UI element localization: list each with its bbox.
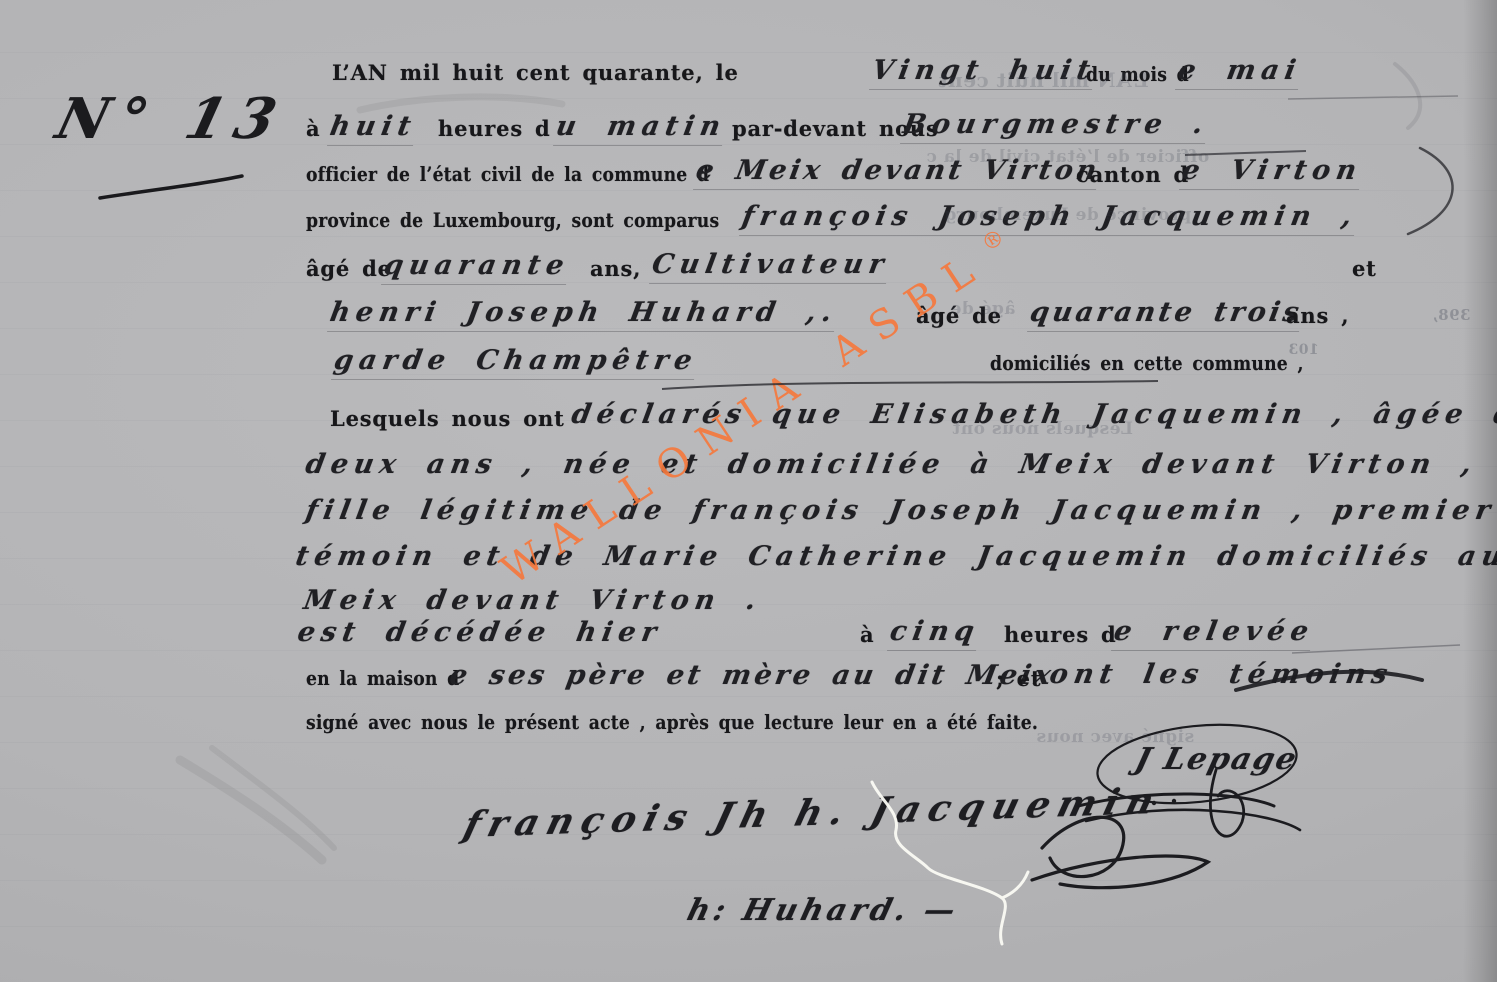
- blank-rule: [662, 381, 1158, 389]
- printed-form-text: signé avec nous le présent acte , après …: [306, 710, 1038, 734]
- smudge: [180, 760, 322, 860]
- printed-form-text: et: [1352, 256, 1377, 281]
- printed-form-text: ans,: [590, 256, 641, 281]
- official-signature: J Lepage: [1132, 742, 1302, 777]
- death-date-handwritten: est décédée hier: [295, 618, 664, 648]
- blank-rule: [1292, 645, 1460, 653]
- printed-form-text: âgé de: [306, 256, 392, 281]
- printed-form-text: province de Luxembourg, sont comparus: [306, 208, 719, 232]
- declaration-handwritten-line-5: Meix devant Virton .: [301, 586, 764, 616]
- printed-form-text: Lesquels nous ont: [330, 406, 565, 431]
- printed-form-text: à: [860, 622, 874, 647]
- declarant2-profession-handwritten: garde Champêtre: [331, 346, 700, 380]
- paraph-sweep: [1032, 856, 1208, 888]
- blank-rule: [1288, 96, 1458, 99]
- signature-descender: [1210, 770, 1243, 836]
- act-number-underline: [100, 176, 242, 198]
- smudge: [360, 97, 562, 110]
- printed-form-text: ans ,: [1286, 303, 1349, 328]
- declaration-handwritten-line-4: témoin et de Marie Catherine Jacquemin d…: [293, 542, 1497, 572]
- printed-form-text: heures d: [1004, 622, 1117, 647]
- printed-form-text: L’AN mil huit cent quarante, le: [332, 60, 739, 85]
- bleedthrough-text: Lesquels nous ont: [952, 419, 1133, 439]
- bleedthrough-text: signé avec nous: [1036, 727, 1194, 747]
- act-number: N° 13: [50, 86, 293, 152]
- closing-handwritten: ont les témoins: [1047, 660, 1395, 690]
- pen-flourish: [1408, 148, 1453, 234]
- field-hour-handwritten: huit: [327, 112, 419, 146]
- printed-form-text: ; et: [996, 666, 1041, 691]
- field-month-handwritten: e mai: [1175, 56, 1304, 90]
- witness2-signature: h: Huhard. —: [684, 893, 963, 928]
- page-edge-shadow: [1463, 0, 1497, 982]
- bleedthrough-text: officier de l’état civil de la c: [926, 147, 1209, 167]
- declarant2-name-handwritten: henri Joseph Huhard ,.: [327, 298, 840, 332]
- declaration-handwritten-line-2: deux ans , née et domiciliée à Meix deva…: [303, 450, 1479, 480]
- field-officer-title-handwritten: Bourgmestre .: [900, 110, 1211, 144]
- bleedthrough-text: 103: [1288, 342, 1319, 358]
- death-ampm-handwritten: e relevée: [1111, 617, 1316, 651]
- witness1-signature: françois Jh h. Jacquemin: [459, 780, 1166, 846]
- printed-form-text: domiciliés en cette commune ,: [990, 351, 1304, 375]
- printed-form-text: à: [306, 116, 320, 141]
- bleedthrough-text: L’AN mil huit cent: [938, 68, 1149, 92]
- bleedthrough-text: province de Luxembourg: [944, 205, 1191, 225]
- bleedthrough-text: 398,: [1432, 306, 1471, 324]
- death-place-handwritten: e ses père et mère au dit Meix: [447, 661, 1056, 691]
- death-hour-handwritten: cinq: [887, 617, 982, 651]
- field-ampm-handwritten: u matin: [553, 112, 728, 146]
- printed-form-text: en la maison d: [306, 666, 459, 690]
- witness1-signature-flourish: [1032, 817, 1208, 887]
- death-record-scan: N° 13 L’AN mil huit cent quarante, le Vi…: [0, 0, 1497, 982]
- smudge: [1395, 64, 1420, 128]
- smudge: [212, 748, 334, 848]
- printed-form-text: heures d: [438, 116, 551, 141]
- signature-dot: [1172, 799, 1176, 803]
- declarant2-age-handwritten: quarante trois: [1027, 298, 1305, 332]
- declarant1-age-handwritten: quarante: [381, 251, 572, 285]
- declaration-handwritten-line-3: fille légitime de françois Joseph Jacque…: [303, 496, 1497, 526]
- paraph-loop: [1042, 817, 1124, 876]
- declarant1-profession-handwritten: Cultivateur: [649, 250, 892, 284]
- printed-form-text: officier de l’état civil de la commune d: [306, 162, 709, 186]
